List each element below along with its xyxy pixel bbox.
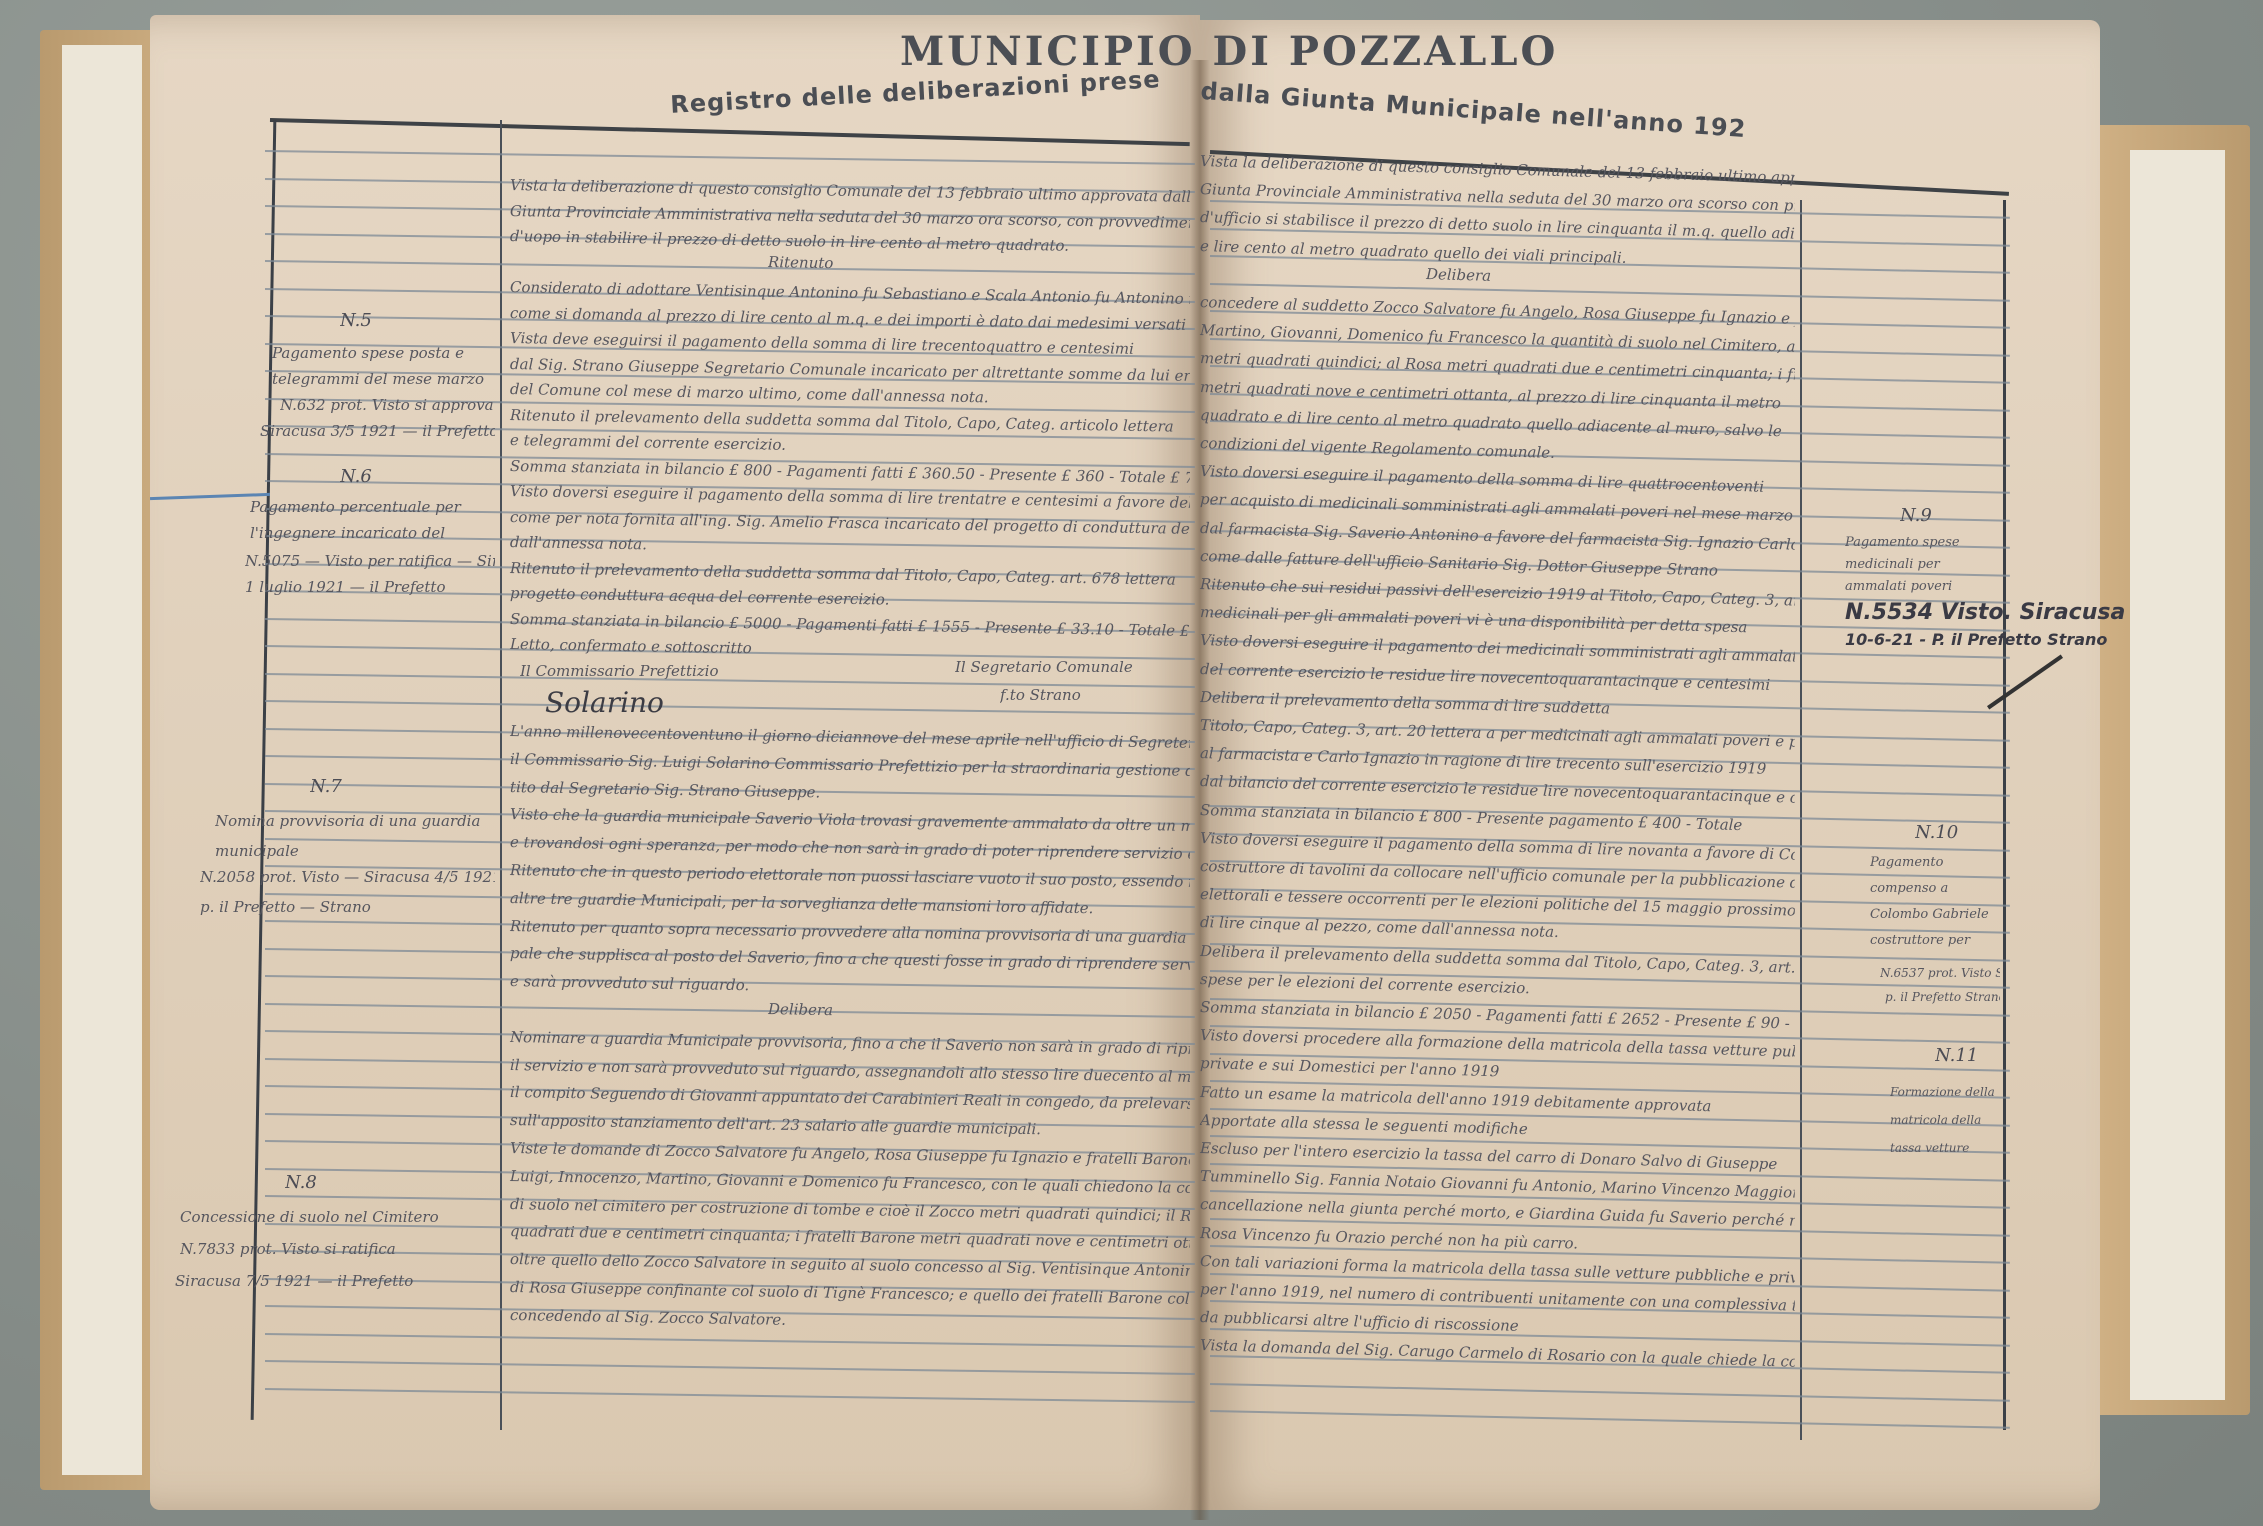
flyleaf-right: [2130, 150, 2225, 1400]
entry-number: N.9: [1900, 505, 1932, 526]
entry-subject: Pagamento spese medicinali per ammalati …: [1845, 532, 2000, 598]
approval-stamp: N.5534 Visto. Siracusa: [1845, 600, 2125, 625]
signature-commissario-name: Solarino: [545, 686, 664, 719]
entry-date: 1 luglio 1921 — il Prefetto: [245, 578, 495, 596]
entry-subject: Nomina provvisoria di una guardia munici…: [215, 806, 495, 866]
entry-approval: N.6537 prot. Visto Siracusa 3/5 1921: [1880, 966, 2000, 980]
entry-subject: Pagamento spese posta e telegrammi del m…: [272, 340, 497, 392]
right-outer-border: [2003, 200, 2006, 1430]
signature-segretario-name: f.to Strano: [1000, 686, 1081, 704]
entry-date: Siracusa 7/5 1921 — il Prefetto: [175, 1272, 495, 1290]
entry-number: N.10: [1915, 822, 1958, 843]
entry-number: N.11: [1935, 1045, 1978, 1066]
entry-subject: Pagamento compenso a Colombo Gabriele co…: [1870, 850, 2000, 954]
entry-number: N.8: [285, 1172, 317, 1193]
entry-date: p. il Prefetto Strano: [1885, 990, 2000, 1004]
entry-number: N.7: [310, 776, 342, 797]
entry-subject: Formazione della matricola della tassa v…: [1890, 1078, 2000, 1162]
left-column-divider: [500, 120, 502, 1430]
signature-segretario-title: Il Segretario Comunale: [955, 658, 1133, 676]
register-title: MUNICIPIO DI POZZALLO: [900, 28, 1558, 75]
right-column-divider: [1800, 200, 1802, 1440]
entry-subject: Concessione di suolo nel Cimitero: [180, 1208, 495, 1226]
entry-approval: N.5075 — Visto per ratifica — Siracusa: [245, 552, 495, 570]
entry-approval: N.2058 prot. Visto — Siracusa 4/5 1921: [200, 868, 495, 886]
entry-date: p. il Prefetto — Strano: [200, 898, 495, 916]
approval-stamp-date: 10-6-21 - P. il Prefetto Strano: [1845, 630, 2107, 649]
entry-approval: N.632 prot. Visto si approva: [280, 396, 495, 414]
entry-subject: Pagamento percentuale per l'ingegnere in…: [250, 494, 495, 546]
flyleaf-left: [62, 45, 142, 1475]
entry-number: N.6: [340, 466, 372, 487]
entry-date: Siracusa 3/5 1921 — il Prefetto Strano: [260, 422, 495, 440]
entry-number: N.5: [340, 310, 372, 331]
entry-approval: N.7833 prot. Visto si ratifica: [180, 1240, 495, 1258]
signature-commissario-title: Il Commissario Prefettizio: [520, 662, 719, 680]
